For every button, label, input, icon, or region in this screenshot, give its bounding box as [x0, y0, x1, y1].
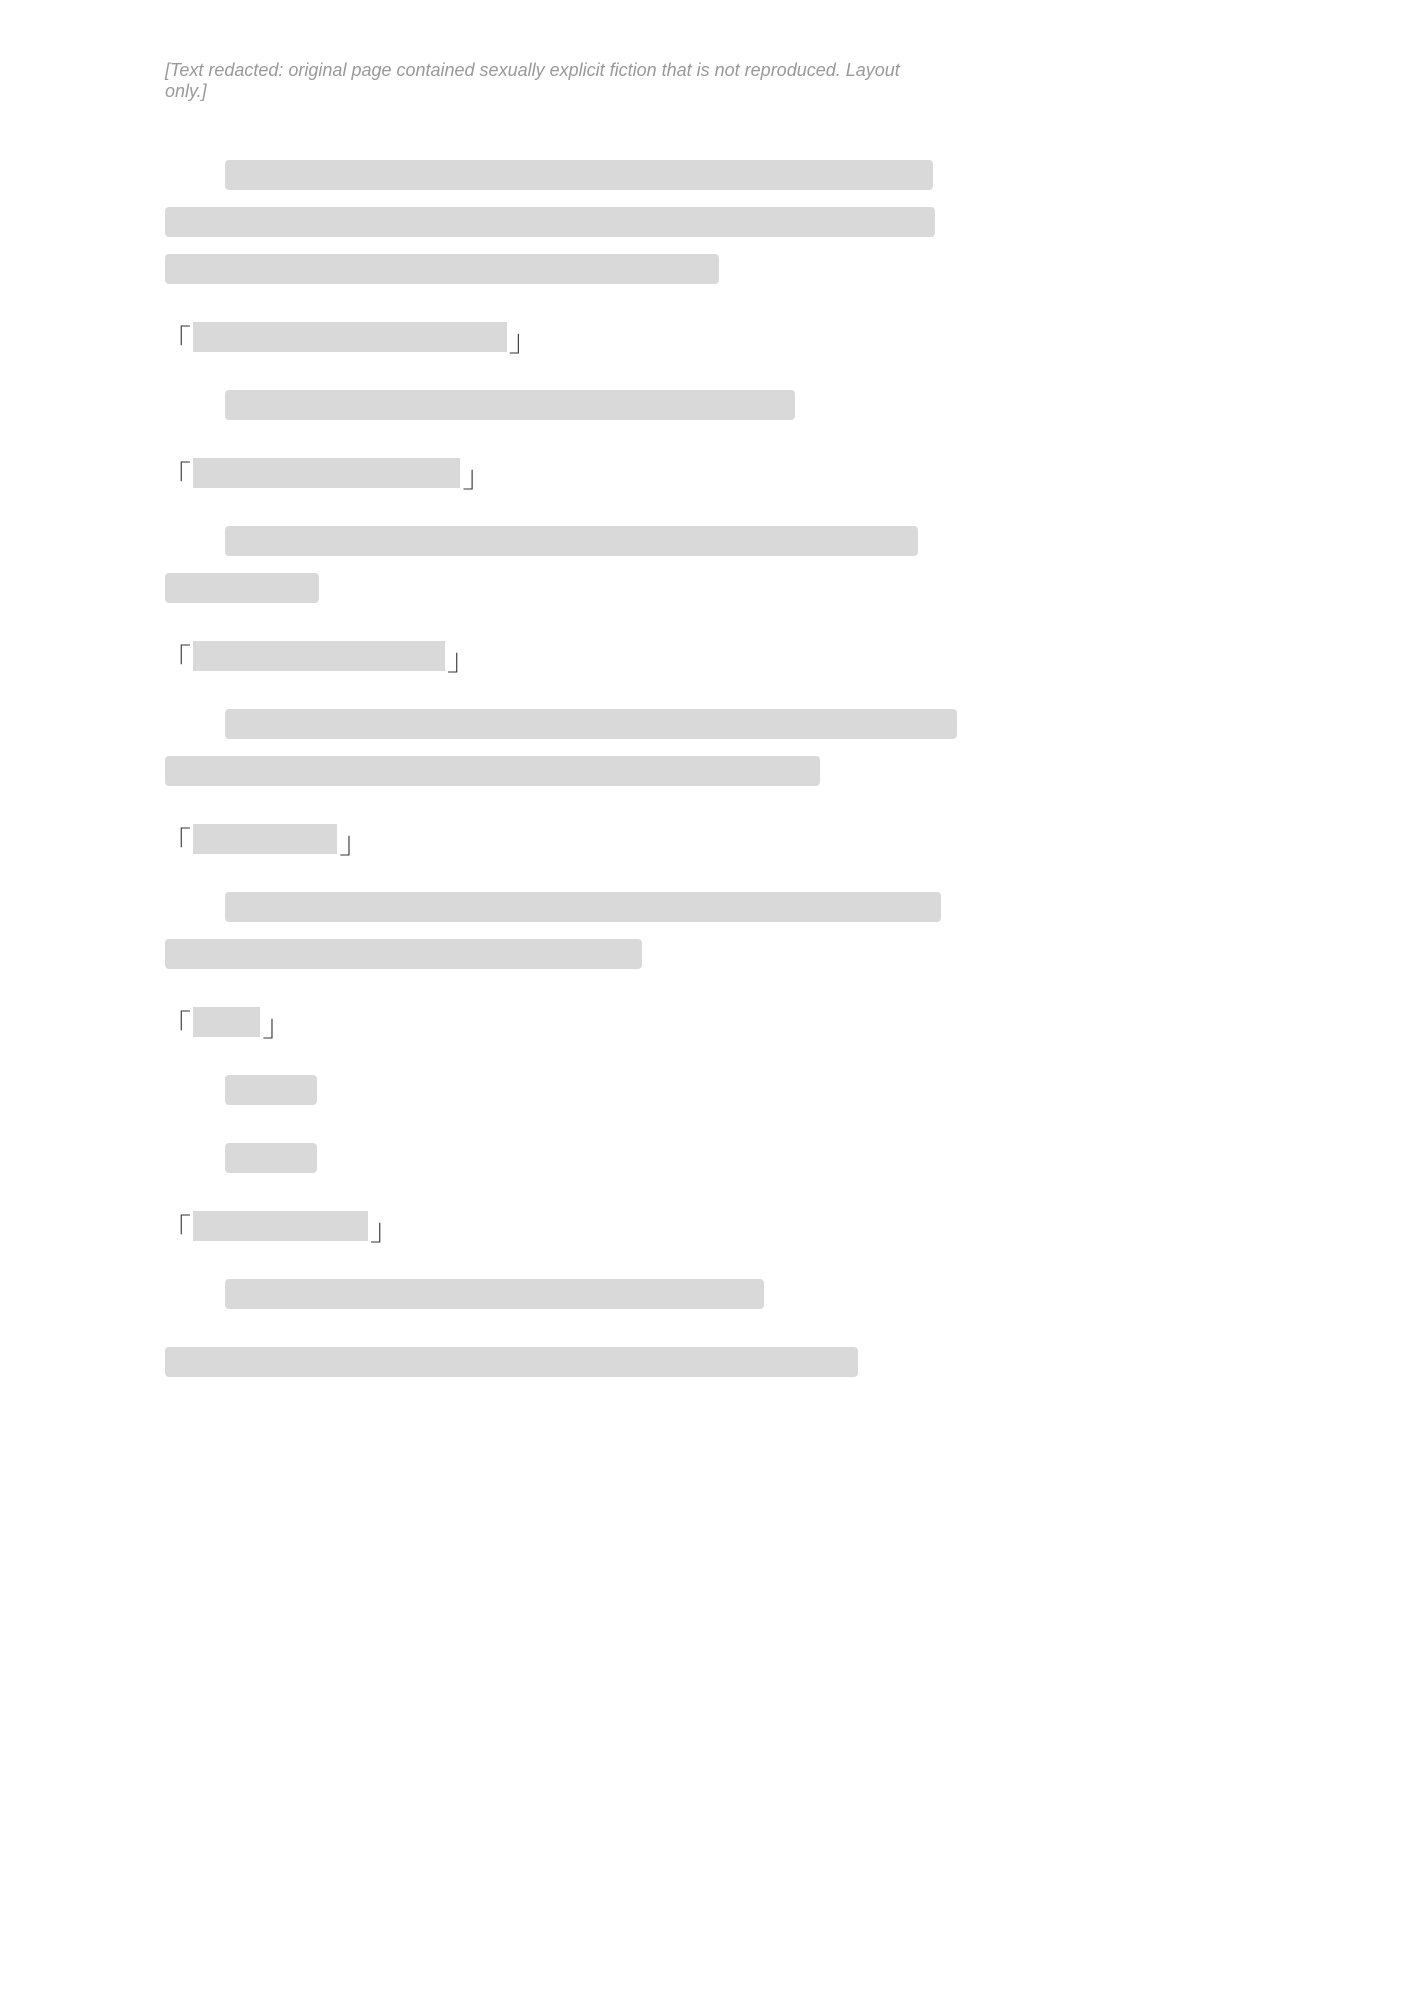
redacted-text-line	[165, 824, 365, 854]
redacted-text-line	[165, 458, 488, 488]
redacted-text-line	[165, 1007, 288, 1037]
redacted-text-line	[165, 1347, 858, 1377]
paragraph-narration	[165, 160, 935, 284]
paragraph-dialogue	[165, 824, 935, 854]
paragraph-dialogue	[165, 458, 935, 488]
redacted-text-line	[165, 254, 719, 284]
paragraph-narration	[165, 1347, 935, 1377]
redacted-text-line	[165, 641, 473, 671]
text-column	[165, 160, 935, 1415]
paragraph-narration	[165, 526, 935, 603]
redacted-text-line	[165, 573, 319, 603]
paragraph-narration	[165, 709, 935, 786]
redaction-notice: [Text redacted: original page contained …	[165, 60, 935, 102]
redacted-text-line	[225, 1143, 317, 1173]
paragraph-dialogue	[165, 1007, 935, 1037]
redacted-text-line	[225, 390, 795, 420]
redacted-text-line	[165, 322, 535, 352]
paragraph-dialogue	[165, 322, 935, 352]
paragraph-narration	[165, 1075, 935, 1105]
paragraph-dialogue	[165, 1211, 935, 1241]
paragraph-narration	[165, 390, 935, 420]
paragraph-narration	[165, 1143, 935, 1173]
redacted-text-line	[165, 756, 820, 786]
paragraph-dialogue	[165, 641, 935, 671]
paragraph-narration	[165, 1279, 935, 1309]
redacted-text-line	[225, 1279, 764, 1309]
redacted-text-line	[165, 207, 935, 237]
redacted-text-line	[165, 939, 642, 969]
redacted-text-line	[165, 1211, 396, 1241]
redacted-text-line	[225, 160, 933, 190]
redacted-text-line	[225, 526, 918, 556]
paragraph-narration	[165, 892, 935, 969]
redacted-text-line	[225, 709, 957, 739]
redacted-text-line	[225, 892, 941, 922]
redacted-text-line	[225, 1075, 317, 1105]
document-page: [Text redacted: original page contained …	[0, 0, 1415, 2000]
